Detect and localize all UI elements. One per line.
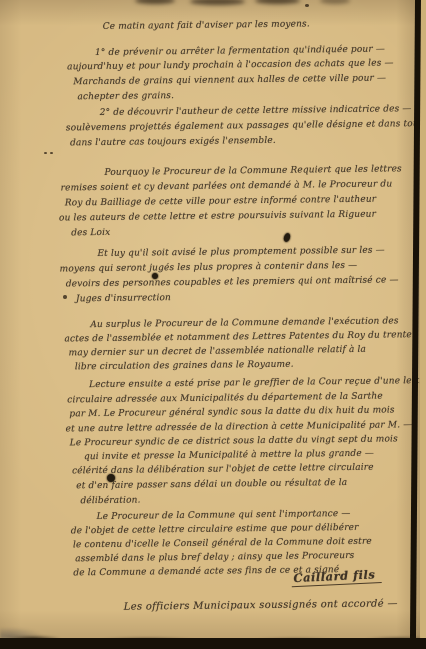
signature: Caillard fils — [291, 567, 382, 587]
manuscript-line: qui invite et presse la Municipalité à m… — [84, 449, 374, 463]
closing-line: Les officiers Municipaux soussignés ont … — [124, 598, 398, 612]
manuscript-line: Et luy qu'il soit avisé le plus promptem… — [97, 245, 384, 259]
manuscript-line: actes de l'assemblée et notamment des Le… — [64, 330, 412, 344]
manuscript-line: Le Procureur de la Commune qui sent l'im… — [97, 509, 351, 522]
manuscript-line: remises soient et cy devant parlées ont … — [61, 179, 393, 193]
manuscript-line: devoirs des personnes coupables et les p… — [66, 275, 399, 289]
ink-speck — [63, 295, 67, 299]
manuscript-scan: Ce matin ayant fait d'aviser par les moy… — [0, 0, 426, 649]
manuscript-line: assemblé dans le plus bref delay ; ainsy… — [75, 551, 354, 564]
manuscript-line: Juges d'insurrection — [76, 293, 171, 304]
manuscript-line: et d'en faire passer sans délai un doubl… — [76, 478, 347, 491]
ink-blot — [107, 474, 115, 482]
manuscript-line: Marchands de grains qui viennent aux hal… — [73, 73, 386, 87]
ink-blot — [152, 273, 158, 279]
manuscript-line: 2° de découvrir l'autheur de cette lettr… — [100, 104, 412, 118]
manuscript-line: achepter des grains. — [77, 91, 174, 102]
ink-speck — [305, 4, 309, 7]
manuscript-line: dans l'autre cas toujours exigés l'ensem… — [70, 136, 276, 149]
manuscript-line: ou les auteurs de cette lettre et estre … — [59, 210, 376, 224]
manuscript-line: le contenu d'icelle le Conseil général d… — [73, 537, 372, 551]
manuscript-line: de l'objet de cette lettre circulaire es… — [71, 523, 359, 537]
manuscript-line: circulaire adressée aux Municipalités du… — [67, 392, 383, 406]
manuscript-line: Ce matin ayant fait d'aviser par les moy… — [103, 19, 310, 32]
page-edge-bottom — [0, 638, 426, 649]
manuscript-line: délibération. — [80, 495, 140, 506]
manuscript-line: et une autre lettre adressée de la direc… — [66, 420, 413, 434]
manuscript-line: Le Procureur syndic de ce district sous … — [70, 434, 398, 448]
manuscript-line: aujourd'huy et pour lundy prochain à l'o… — [67, 58, 394, 72]
manuscript-line: soulèvemens projettés également aux pass… — [66, 119, 423, 133]
manuscript-line: Pourquoy le Procureur de la Commune Requ… — [104, 164, 401, 178]
manuscript-line: 1° de prévenir ou arrêter la fermentatio… — [95, 44, 385, 58]
manuscript-line: Au surplus le Procureur de la Commune de… — [90, 316, 398, 330]
manuscript-line: célérité dans la délibération sur l'obje… — [72, 463, 374, 477]
manuscript-line: Lecture ensuite a esté prise par le gref… — [89, 376, 426, 390]
manuscript-line: moyens qui seront jugés les plus propres… — [60, 261, 358, 275]
underlying-page-edge — [420, 0, 426, 649]
manuscript-line: libre circulation des graines dans le Ro… — [75, 360, 294, 373]
manuscript-line: par M. Le Procureur général syndic sous … — [69, 405, 394, 419]
ink-speck — [50, 152, 53, 154]
manuscript-line: may dernier sur un decret de l'assemblée… — [69, 345, 367, 359]
manuscript-line: Roy du Bailliage de cette ville pour est… — [65, 195, 377, 209]
manuscript-line: des Loix — [71, 228, 110, 238]
handwritten-text-block: Ce matin ayant fait d'aviser par les moy… — [54, 0, 414, 649]
ink-speck — [44, 152, 47, 154]
